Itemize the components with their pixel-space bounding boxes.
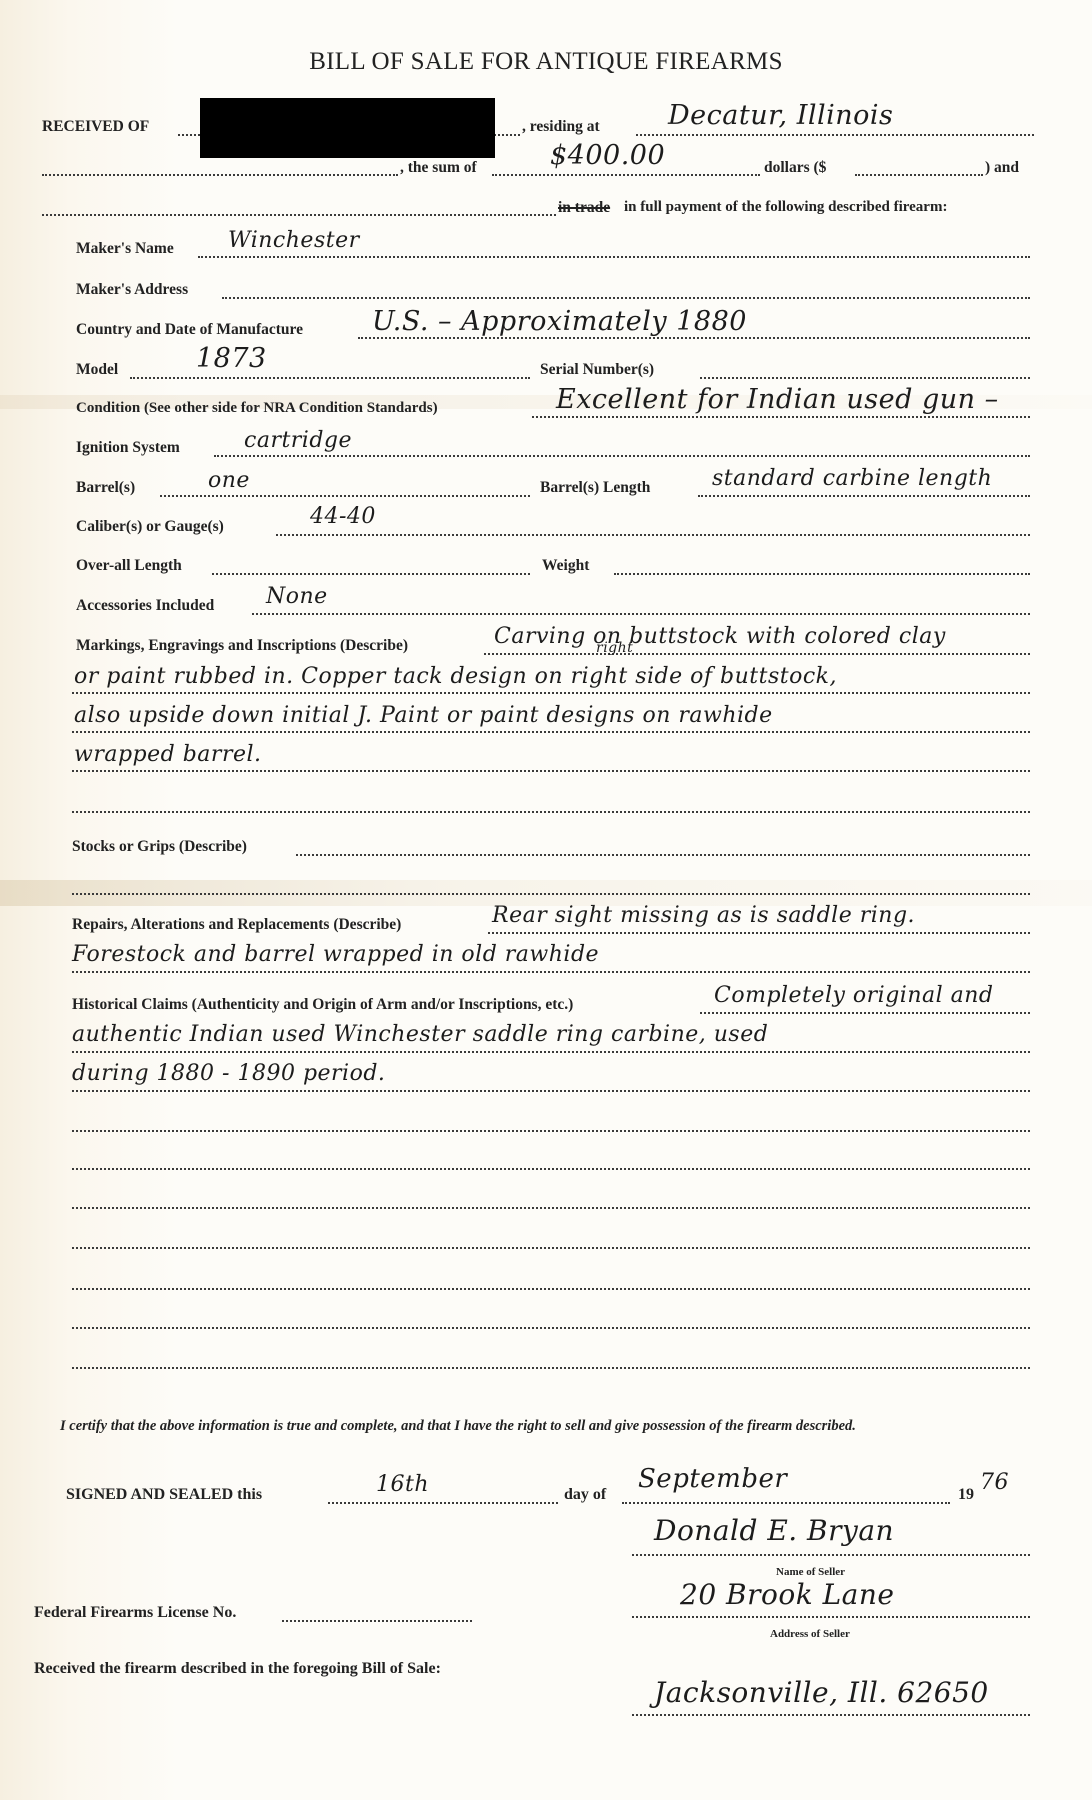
overall-length-field[interactable]	[212, 573, 530, 575]
seller-name-label: Name of Seller	[776, 1566, 845, 1578]
day-of-label: day of	[564, 1486, 606, 1504]
stocks-grips-field[interactable]	[72, 893, 1030, 895]
accessories-field[interactable]	[252, 613, 1030, 615]
makers-name-value: Winchester	[228, 228, 360, 253]
markings-correction-inserted: right	[596, 640, 633, 656]
markings-line-4: wrapped barrel.	[74, 742, 262, 767]
seller-name-signature: Donald E. Bryan	[654, 1514, 894, 1547]
weight-label: Weight	[542, 557, 589, 575]
markings-label: Markings, Engravings and Inscriptions (D…	[76, 637, 408, 655]
blank-line[interactable]	[72, 1168, 1030, 1170]
barrel-length-value: standard carbine length	[712, 466, 992, 491]
sum-field[interactable]	[492, 174, 760, 176]
month-field[interactable]	[622, 1502, 950, 1504]
license-field[interactable]	[282, 1620, 472, 1622]
sum-prefix-field[interactable]	[42, 174, 398, 176]
sum-value: $400.00	[550, 140, 665, 171]
stocks-grips-label: Stocks or Grips (Describe)	[72, 838, 247, 856]
repairs-field[interactable]	[72, 971, 1030, 973]
markings-field[interactable]	[72, 692, 1030, 694]
makers-address-label: Maker's Address	[76, 281, 188, 299]
month-value: September	[638, 1464, 787, 1494]
document-title: BILL OF SALE FOR ANTIQUE FIREARMS	[0, 48, 1092, 76]
serial-number-label: Serial Number(s)	[540, 361, 654, 379]
barrel-length-field[interactable]	[698, 495, 1030, 497]
markings-line-2: or paint rubbed in. Copper tack design o…	[74, 664, 837, 689]
barrels-value: one	[208, 468, 250, 493]
seller-city-value: Jacksonville, Ill. 62650	[654, 1676, 989, 1709]
residing-at-field[interactable]	[636, 134, 1034, 136]
redaction-box	[200, 98, 495, 158]
country-date-label: Country and Date of Manufacture	[76, 321, 303, 339]
markings-field[interactable]	[72, 811, 1030, 813]
condition-value: Excellent for Indian used gun –	[556, 384, 999, 415]
full-payment-label: in full payment of the following describ…	[624, 199, 947, 216]
blank-line[interactable]	[72, 1207, 1030, 1209]
makers-name-field[interactable]	[198, 256, 1030, 258]
blank-line[interactable]	[72, 1367, 1030, 1369]
seller-address-field[interactable]	[632, 1616, 1030, 1618]
struck-text: in trade	[558, 199, 610, 217]
signed-sealed-label: SIGNED AND SEALED this	[66, 1486, 262, 1504]
blank-line[interactable]	[72, 1130, 1030, 1132]
condition-label: Condition (See other side for NRA Condit…	[76, 400, 438, 417]
model-value: 1873	[196, 343, 267, 374]
makers-address-field[interactable]	[222, 297, 1030, 299]
caliber-label: Caliber(s) or Gauge(s)	[76, 518, 224, 536]
seller-city-field[interactable]	[632, 1714, 1030, 1716]
model-field[interactable]	[130, 377, 530, 379]
certification-statement: I certify that the above information is …	[30, 1418, 1030, 1435]
year-value: 76	[980, 1470, 1009, 1495]
ignition-system-label: Ignition System	[76, 439, 180, 457]
barrel-length-label: Barrel(s) Length	[540, 479, 650, 497]
stocks-grips-field[interactable]	[296, 854, 1030, 856]
seller-address-label: Address of Seller	[770, 1628, 850, 1640]
seller-name-field[interactable]	[632, 1554, 1030, 1556]
received-statement: Received the firearm described in the fo…	[34, 1660, 441, 1678]
overall-length-label: Over-all Length	[76, 557, 182, 575]
accessories-value: None	[266, 584, 328, 609]
caliber-value: 44-40	[310, 504, 376, 529]
caliber-field[interactable]	[276, 534, 1030, 536]
historical-claims-line-2: authentic Indian used Winchester saddle …	[72, 1022, 768, 1047]
markings-line-3: also upside down initial J. Paint or pai…	[74, 703, 773, 728]
historical-claims-line-3: during 1880 - 1890 period.	[72, 1061, 385, 1086]
sum-label: , the sum of	[400, 159, 477, 177]
residing-at-value: Decatur, Illinois	[668, 100, 893, 131]
repairs-label: Repairs, Alterations and Replacements (D…	[72, 916, 401, 934]
repairs-line-2: Forestock and barrel wrapped in old rawh…	[72, 942, 599, 967]
historical-claims-label: Historical Claims (Authenticity and Orig…	[72, 996, 573, 1014]
serial-number-field[interactable]	[700, 377, 1030, 379]
country-date-field[interactable]	[358, 337, 1030, 339]
blank-line[interactable]	[72, 1247, 1030, 1249]
ignition-system-value: cartridge	[244, 428, 352, 453]
repairs-line-1: Rear sight missing as is saddle ring.	[492, 903, 915, 928]
accessories-label: Accessories Included	[76, 597, 214, 615]
markings-field[interactable]	[484, 653, 1030, 655]
markings-field[interactable]	[72, 770, 1030, 772]
dollars-label: dollars ($	[764, 159, 826, 177]
makers-name-label: Maker's Name	[76, 240, 174, 258]
barrels-field[interactable]	[160, 495, 530, 497]
repairs-field[interactable]	[488, 932, 1030, 934]
day-field[interactable]	[328, 1502, 558, 1504]
residing-at-label: , residing at	[522, 118, 600, 136]
year-prefix: 19	[958, 1486, 974, 1504]
historical-claims-field[interactable]	[72, 1090, 1030, 1092]
condition-field[interactable]	[532, 416, 1030, 418]
blank-line[interactable]	[72, 1288, 1030, 1290]
markings-field[interactable]	[72, 731, 1030, 733]
historical-claims-field[interactable]	[700, 1012, 1030, 1014]
license-label: Federal Firearms License No.	[34, 1604, 236, 1622]
ignition-system-field[interactable]	[214, 455, 1030, 457]
weight-field[interactable]	[614, 573, 1030, 575]
day-value: 16th	[376, 1472, 429, 1497]
seller-address-value: 20 Brook Lane	[680, 1578, 894, 1611]
blank-line[interactable]	[72, 1327, 1030, 1329]
model-label: Model	[76, 361, 118, 379]
dollars-field[interactable]	[855, 174, 983, 176]
historical-claims-line-1: Completely original and	[714, 983, 994, 1008]
and-label: ) and	[985, 159, 1019, 177]
barrels-label: Barrel(s)	[76, 479, 135, 497]
historical-claims-field[interactable]	[72, 1051, 1030, 1053]
country-date-value: U.S. – Approximately 1880	[372, 306, 747, 337]
payment-prefix-field[interactable]	[42, 214, 556, 216]
markings-line-1: Carving on buttstock with colored clay	[494, 624, 946, 649]
received-of-label: RECEIVED OF	[42, 118, 149, 136]
